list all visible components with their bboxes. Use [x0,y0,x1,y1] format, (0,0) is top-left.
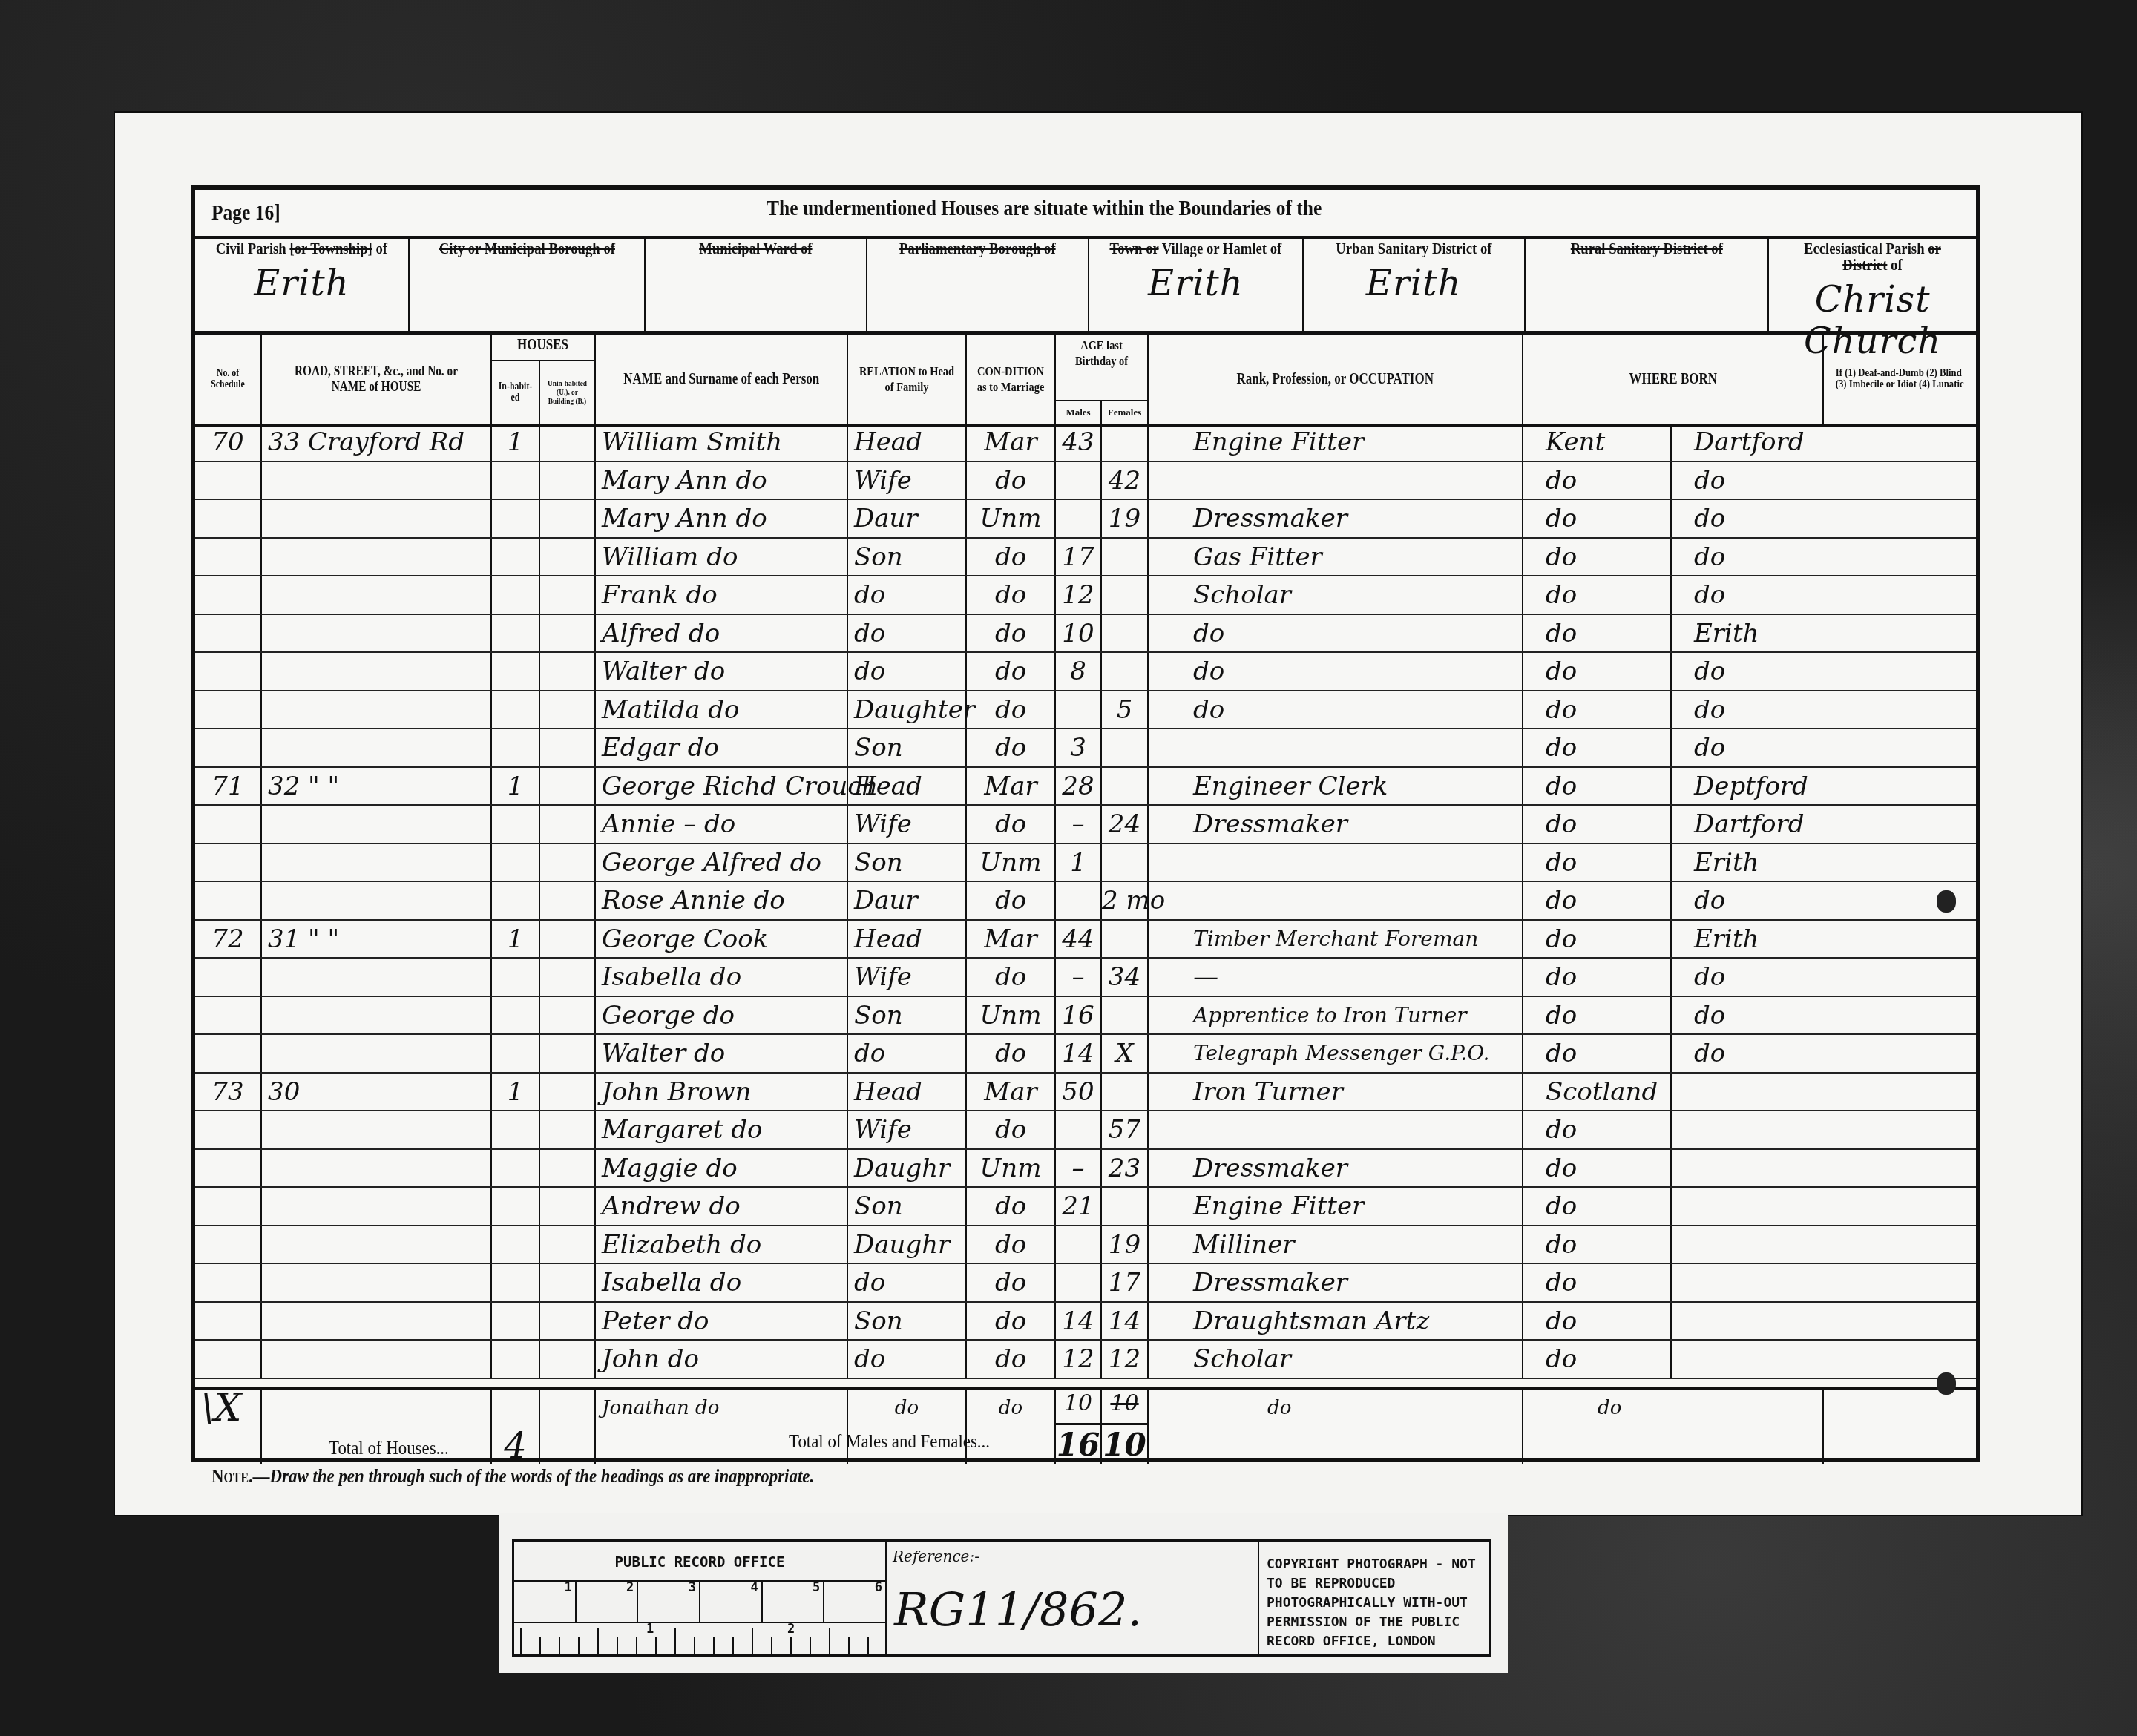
cell-relation: Head [848,768,967,805]
ruler-tick [597,1628,599,1654]
cell-schedule [195,1188,262,1225]
cell-road [262,729,492,766]
cell-occupation: Milliner [1149,1226,1523,1263]
cell-male-age [1056,1226,1102,1263]
cell-condition: do [967,882,1056,919]
ruler-tick [636,1637,637,1654]
cell-occupation [1149,729,1523,766]
cell-name: John do [596,1341,848,1378]
cell-female-age [1102,653,1149,690]
cell-born-place: do [1672,653,1824,690]
cell-born-county: Scotland [1523,1074,1672,1111]
cell-condition: Mar [967,424,1056,461]
ruler-number: 1 [646,1622,654,1637]
ruler-tick [539,1637,541,1654]
header-inhabited: In-habit-ed [492,360,540,424]
cell-relation: do [848,576,967,614]
cell-inhabited: 1 [492,921,540,958]
cell-male-age [1056,882,1102,919]
cell-relation: Son [848,729,967,766]
cell-occupation: Timber Merchant Foreman [1149,921,1523,958]
cell-schedule: 70 [195,424,262,461]
cell-empty [1824,1188,1980,1225]
header-infirmity: If (1) Deaf-and-Dumb (2) Blind (3) Imbec… [1824,335,1980,424]
column-headers: No. of Schedule ROAD, STREET, &c., and N… [195,335,1976,427]
scale-inches: 123456 [514,1580,885,1623]
cell-occupation: do [1149,691,1523,729]
table-row: Walter dododo14XTelegraph Messenger G.P.… [195,1035,1976,1074]
cell-female-age [1102,997,1149,1034]
cell-relation: Son [848,997,967,1034]
totals-houses-cell: Total of Houses... [262,1390,492,1464]
cell-empty [1824,500,1980,537]
cell-schedule [195,1341,262,1378]
cell-inhabited [492,997,540,1034]
cell-occupation: Scholar [1149,576,1523,614]
cell-male-age: 12 [1056,1341,1102,1378]
header-condition: CON-DITION as to Marriage [967,335,1056,424]
cell-female-age: 19 [1102,1226,1149,1263]
cell-road [262,882,492,919]
cell-born-county: do [1523,959,1672,996]
cell-road [262,653,492,690]
cell-male-age: 8 [1056,653,1102,690]
cell-male-age: 50 [1056,1074,1102,1111]
cell-name: Peter do [596,1303,848,1340]
boundary-label: City or Municipal Borough of [427,236,627,257]
cell-male-age: 17 [1056,539,1102,576]
cell-condition: do [967,615,1056,652]
cell-male-age: – [1056,959,1102,996]
cell-schedule [195,959,262,996]
cell-relation: Daughr [848,1226,967,1263]
cell-relation: Daughr [848,1150,967,1187]
cell-born-county: do [1523,768,1672,805]
cell-empty [540,921,596,958]
cell-name: Andrew do [596,1188,848,1225]
boundary-label: Civil Parish [or Township] of [211,236,393,257]
cell-name: Isabella do [596,1264,848,1301]
boundary-town-village: Town or Village or Hamlet ofErith [1089,236,1304,331]
cell-male-age [1056,462,1102,499]
cell-condition: do [967,959,1056,996]
cell-born-place: do [1672,539,1824,576]
cell-inhabited [492,1111,540,1148]
cell-inhabited [492,539,540,576]
extra-person-condition: do [967,1390,1056,1464]
cell-schedule [195,1264,262,1301]
cell-relation: Daughter [848,691,967,729]
cell-road [262,1303,492,1340]
cell-inhabited [492,462,540,499]
cell-empty [540,806,596,843]
header-occupation: Rank, Profession, or OCCUPATION [1149,335,1523,424]
scale-mark: 5 [763,1580,825,1622]
cell-schedule [195,1035,262,1072]
cell-schedule [195,806,262,843]
cell-occupation: Draughtsman Artz [1149,1303,1523,1340]
cell-road [262,997,492,1034]
cell-schedule [195,844,262,881]
cell-empty [1824,462,1980,499]
cell-schedule [195,1111,262,1148]
scale-mark: 1 [514,1580,577,1622]
cell-female-age [1102,768,1149,805]
boundary-municipal-ward: Municipal Ward of [646,236,867,331]
cell-empty [540,1341,596,1378]
cell-relation: do [848,1264,967,1301]
tally-mark: \X [195,1390,262,1464]
ruler-tick [848,1637,850,1654]
header-name: NAME and Surname of each Person [596,335,848,424]
cell-inhabited [492,500,540,537]
totals-row: \X Total of Houses... 4 Jonathan do do d… [195,1387,1976,1464]
extra-person-relation: do [848,1390,967,1464]
scale-mark: 3 [638,1580,700,1622]
cell-road: 33 Crayford Rd [262,424,492,461]
cell-condition: do [967,1188,1056,1225]
boundary-parliamentary-borough: Parliamentary Borough of [867,236,1089,331]
ruler-tick [559,1637,560,1654]
cell-inhabited [492,806,540,843]
cell-road: 30 [262,1074,492,1111]
cell-occupation: Scholar [1149,1341,1523,1378]
total-persons-label: Total of Males and Females... [789,1430,990,1453]
table-row: Mary Ann doDaurUnm19Dressmakerdodo [195,500,1976,539]
cell-empty [1824,691,1980,729]
cell-occupation: Telegraph Messenger G.P.O. [1149,1035,1523,1072]
ruler-tick [771,1637,772,1654]
table-row: Matilda doDaughterdo5dododo [195,691,1976,730]
cell-condition: do [967,1035,1056,1072]
cell-empty [1824,882,1980,919]
cell-inhabited [492,653,540,690]
cell-schedule: 71 [195,768,262,805]
cell-road [262,539,492,576]
cell-condition: do [967,691,1056,729]
cell-condition: do [967,539,1056,576]
boundary-label: Municipal Ward of [663,236,850,257]
census-rows: 7033 Crayford Rd1William SmithHeadMar43E… [195,424,1976,1379]
cell-name: Annie – do [596,806,848,843]
cell-born-place: Dartford [1672,806,1824,843]
cell-road [262,1188,492,1225]
cell-occupation: Apprentice to Iron Turner [1149,997,1523,1034]
cell-empty [1824,1111,1980,1148]
total-females: 10 [1102,1423,1149,1464]
cell-name: Matilda do [596,691,848,729]
table-row: George Alfred doSonUnm1doErith [195,844,1976,883]
cell-born-place [1672,1188,1824,1225]
cell-condition: Unm [967,997,1056,1034]
cell-condition: do [967,1303,1056,1340]
ruler-tick [694,1637,695,1654]
boundary-ecclesiastical-parish: Ecclesiastical Parish or District ofChri… [1769,236,1976,331]
cell-road [262,1111,492,1148]
cell-female-age [1102,844,1149,881]
cell-empty [540,1226,596,1263]
cell-condition: Mar [967,768,1056,805]
cell-name: John Brown [596,1074,848,1111]
reference-strip: PUBLIC RECORD OFFICE 123456 12 Reference… [499,1513,1508,1673]
cell-born-place: Dartford [1672,424,1824,461]
ruler-tick [617,1637,618,1654]
cell-occupation: Dressmaker [1149,806,1523,843]
cell-empty [540,500,596,537]
cell-road [262,615,492,652]
boundary-label: Urban Sanitary District of [1320,236,1507,257]
cell-male-age [1056,691,1102,729]
cell-schedule [195,691,262,729]
cell-born-county: do [1523,844,1672,881]
cell-condition: do [967,576,1056,614]
cell-empty [1824,615,1980,652]
cell-empty [1824,729,1980,766]
cell-male-age: 14 [1056,1035,1102,1072]
header-uninhabited: Unin-habited (U.), or Building (B.) [540,360,596,424]
cell-born-place: do [1672,959,1824,996]
cell-occupation [1149,882,1523,919]
cell-born-county: do [1523,691,1672,729]
cell-born-county: do [1523,653,1672,690]
cell-empty [540,1303,596,1340]
reference-cell: Reference:- RG11/862. [887,1542,1259,1654]
cell-male-age: 43 [1056,424,1102,461]
cell-name: Mary Ann do [596,462,848,499]
cell-empty [1824,921,1980,958]
cell-born-county: do [1523,1035,1672,1072]
cell-inhabited [492,1264,540,1301]
cell-inhabited: 1 [492,1074,540,1111]
ruler-tick [674,1628,676,1654]
cell-born-county: do [1523,1111,1672,1148]
cell-born-county: do [1523,729,1672,766]
title-band: Page 16] The undermentioned Houses are s… [195,190,1976,239]
cell-schedule [195,615,262,652]
cell-empty [540,959,596,996]
ruler-number: 2 [787,1622,795,1637]
cell-occupation: do [1149,615,1523,652]
cell-born-county: Kent [1523,424,1672,461]
copyright-notice: COPYRIGHT PHOTOGRAPH - NOT TO BE REPRODU… [1259,1542,1489,1654]
cell-condition: do [967,1226,1056,1263]
boundary-fields: Civil Parish [or Township] ofErithCity o… [195,236,1976,335]
cell-female-age: X [1102,1035,1149,1072]
scale-mark: 2 [577,1580,639,1622]
cell-empty [540,768,596,805]
boundary-rural-sanitary-district: Rural Sanitary District of [1526,236,1770,331]
cell-schedule [195,1150,262,1187]
cell-name: Alfred do [596,615,848,652]
cell-female-age: 42 [1102,462,1149,499]
cell-born-place: do [1672,462,1824,499]
reference-number: RG11/862. [894,1582,1142,1637]
boundary-municipal-borough: City or Municipal Borough of [410,236,646,331]
cell-occupation: Engineer Clerk [1149,768,1523,805]
cell-relation: Son [848,844,967,881]
cell-inhabited [492,959,540,996]
boundary-urban-sanitary-district: Urban Sanitary District ofErith [1304,236,1526,331]
cell-female-age [1102,1188,1149,1225]
cell-empty [540,462,596,499]
cell-relation: do [848,1341,967,1378]
cell-inhabited [492,576,540,614]
cell-empty [540,539,596,576]
cell-schedule: 73 [195,1074,262,1111]
cell-name: Rose Annie do [596,882,848,919]
cell-male-age: 3 [1056,729,1102,766]
cell-female-age: 17 [1102,1264,1149,1301]
totals-uninhabited-cell [540,1390,596,1464]
cell-condition: do [967,462,1056,499]
cell-male-age: 10 [1056,615,1102,652]
cell-empty [540,424,596,461]
cell-born-county: do [1523,500,1672,537]
boundary-value: Erith [1304,263,1524,304]
cell-name: George Cook [596,921,848,958]
cell-inhabited: 1 [492,768,540,805]
table-row: Peter doSondo1414Draughtsman Artzdo [195,1303,1976,1341]
cell-born-county: do [1523,1264,1672,1301]
cell-born-place [1672,1150,1824,1187]
cell-female-age [1102,921,1149,958]
cell-relation: Wife [848,462,967,499]
cell-empty [540,653,596,690]
cell-born-place [1672,1111,1824,1148]
table-row: Alfred dododo10dodoErith [195,615,1976,654]
cell-schedule [195,729,262,766]
cell-inhabited [492,882,540,919]
cell-empty [1824,768,1980,805]
cell-male-age: – [1056,1150,1102,1187]
cell-inhabited [492,1035,540,1072]
cell-relation: Wife [848,959,967,996]
cell-name: William do [596,539,848,576]
cell-born-place: Deptford [1672,768,1824,805]
cell-empty [540,882,596,919]
cell-empty [1824,539,1980,576]
cell-name: George do [596,997,848,1034]
cell-female-age: 34 [1102,959,1149,996]
cell-schedule [195,653,262,690]
cell-name: George Richd Crouch [596,768,848,805]
header-schedule: No. of Schedule [195,335,262,424]
cell-relation: Head [848,424,967,461]
table-row: Mary Ann doWifedo42dodo [195,462,1976,501]
extra-person-name: Jonathan do [596,1390,848,1464]
cell-schedule [195,1226,262,1263]
cell-born-county: do [1523,806,1672,843]
cell-female-age [1102,424,1149,461]
cell-empty [540,691,596,729]
cell-empty [540,615,596,652]
table-row: John dododo1212Scholardo [195,1341,1976,1379]
cell-name: Edgar do [596,729,848,766]
cell-inhabited [492,729,540,766]
cell-empty [1824,424,1980,461]
total-houses-value: 4 [492,1390,540,1464]
cell-road [262,844,492,881]
cell-condition: do [967,806,1056,843]
cell-empty [1824,653,1980,690]
table-row: Walter dododo8dododo [195,653,1976,691]
cell-road [262,1226,492,1263]
cell-schedule [195,882,262,919]
ruler-tick [520,1628,522,1654]
scale-ruler: 12 [514,1622,885,1654]
cell-schedule [195,539,262,576]
cell-relation: Son [848,1188,967,1225]
cell-empty [1824,997,1980,1034]
cell-occupation: Dressmaker [1149,500,1523,537]
table-row: 7231 " "1George CookHeadMar44Timber Merc… [195,921,1976,959]
cell-born-county: do [1523,576,1672,614]
table-row: Maggie doDaughrUnm–23Dressmakerdo [195,1150,1976,1188]
cell-occupation [1149,462,1523,499]
cell-male-age: 1 [1056,844,1102,881]
public-record-office-scale: PUBLIC RECORD OFFICE 123456 12 [514,1542,887,1654]
cell-male-age: 16 [1056,997,1102,1034]
cell-inhabited [492,1188,540,1225]
cell-empty [540,997,596,1034]
extra-person-born: do [1523,1390,1824,1464]
note-lead: Note. [211,1465,253,1487]
cell-empty [1824,1074,1980,1111]
form-title: The undermentioned Houses are situate wi… [767,196,1322,221]
cell-condition: do [967,653,1056,690]
cell-empty [540,576,596,614]
cell-born-county: do [1523,539,1672,576]
cell-occupation [1149,1111,1523,1148]
cell-road [262,1035,492,1072]
cell-inhabited [492,1226,540,1263]
cell-name: George Alfred do [596,844,848,881]
cell-born-county: do [1523,1303,1672,1340]
cell-relation: do [848,653,967,690]
cell-occupation: Dressmaker [1149,1150,1523,1187]
cell-schedule: 72 [195,921,262,958]
cell-name: Walter do [596,653,848,690]
cell-road: 31 " " [262,921,492,958]
scale-mark: 6 [824,1580,885,1622]
cell-born-county: do [1523,1188,1672,1225]
cell-female-age [1102,729,1149,766]
cell-born-county: do [1523,1341,1672,1378]
cell-born-county: do [1523,997,1672,1034]
cell-road [262,691,492,729]
header-relation: RELATION to Head of Family [848,335,967,424]
cell-male-age: 28 [1056,768,1102,805]
cell-road [262,500,492,537]
table-row: Isabella doWifedo–34—dodo [195,959,1976,997]
total-males: 16 [1056,1423,1102,1464]
cell-condition: do [967,729,1056,766]
cell-condition: do [967,1264,1056,1301]
cell-occupation: — [1149,959,1523,996]
cell-empty [540,1188,596,1225]
table-row: Rose Annie doDaurdo2 mododo [195,882,1976,921]
cell-female-age: 24 [1102,806,1149,843]
cell-born-place: do [1672,576,1824,614]
ruler-tick [790,1637,792,1654]
ink-blot [1937,1372,1956,1395]
header-where-born: WHERE BORN [1523,335,1824,424]
boundary-civil-parish: Civil Parish [or Township] ofErith [195,236,410,331]
cell-road [262,1264,492,1301]
cell-born-place: Erith [1672,844,1824,881]
cell-inhabited [492,1150,540,1187]
cell-condition: Mar [967,1074,1056,1111]
